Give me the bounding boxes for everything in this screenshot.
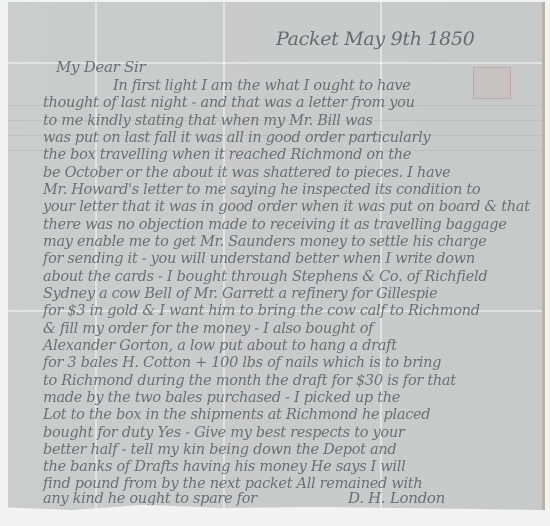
letter-line: Alexander Gorton, a low put about to han… bbox=[43, 338, 397, 354]
letter-line: to Richmond during the month the draft f… bbox=[43, 373, 456, 389]
letter-salutation: My Dear Sir bbox=[56, 58, 145, 76]
letter-line: Mr. Howard's letter to me saying he insp… bbox=[43, 182, 480, 198]
letter-line: your letter that it was in good order wh… bbox=[43, 199, 530, 215]
letter-line: for 3 bales H. Cotton + 100 lbs of nails… bbox=[43, 355, 441, 371]
letter-line: thought of last night - and that was a l… bbox=[43, 95, 415, 111]
letter-line: better half - tell my kin being down the… bbox=[43, 442, 396, 458]
letter-page: Packet May 9th 1850 My Dear Sir In first… bbox=[8, 2, 545, 510]
letter-line: & fill my order for the money - I also b… bbox=[43, 321, 373, 337]
letter-line: may enable me to get Mr. Saunders money … bbox=[43, 234, 487, 250]
letter-signature: D. H. London bbox=[348, 489, 445, 507]
letter-line: Lot to the box in the shipments at Richm… bbox=[43, 407, 430, 423]
letter-line: bought for duty Yes - Give my best respe… bbox=[43, 425, 405, 441]
faint-stamp-mark bbox=[473, 67, 511, 99]
letter-line: was put on last fall it was all in good … bbox=[43, 130, 430, 146]
letter-line: made by the two bales purchased - I pick… bbox=[43, 390, 400, 406]
letter-line: to me kindly stating that when my Mr. Bi… bbox=[43, 113, 373, 129]
letter-line: the banks of Drafts having his money He … bbox=[43, 459, 405, 475]
letter-line: for $3 in gold & I want him to bring the… bbox=[43, 303, 480, 319]
letter-dateline: Packet May 9th 1850 bbox=[276, 28, 475, 50]
letter-line: Sydney a cow Bell of Mr. Garrett a refin… bbox=[43, 286, 437, 302]
letter-line: there was no objection made to receiving… bbox=[43, 217, 507, 233]
letter-line: about the cards - I bought through Steph… bbox=[43, 269, 487, 285]
letter-line: the box travelling when it reached Richm… bbox=[43, 147, 411, 163]
letter-line: any kind he ought to spare for bbox=[43, 491, 257, 507]
letter-line: In first light I am the what I ought to … bbox=[113, 78, 411, 94]
letter-line: be October or the about it was shattered… bbox=[43, 165, 450, 181]
letter-line: for sending it - you will understand bet… bbox=[43, 251, 475, 267]
